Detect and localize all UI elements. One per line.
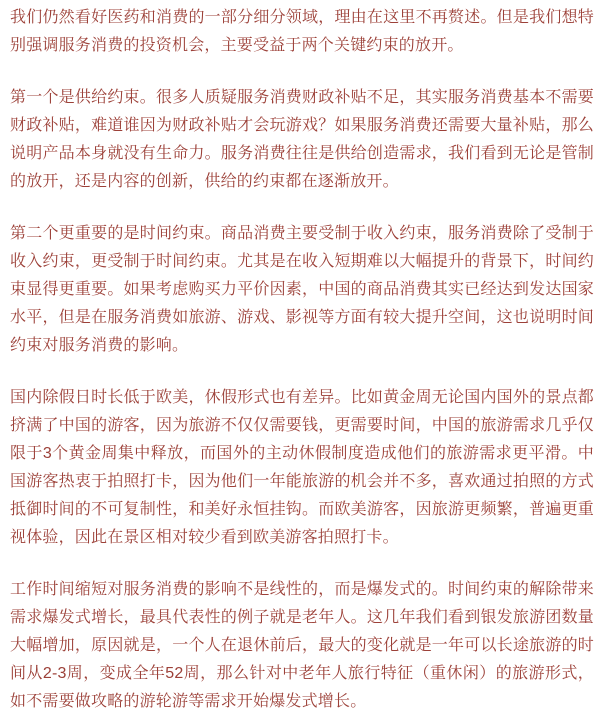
article-body: 我们仍然看好医药和消费的一部分细分领域，理由在这里不再赘述。但是我们想特别强调服… [0,0,604,716]
paragraph-explosive-growth: 工作时间缩短对服务消费的影响不是线性的，而是爆发式的。时间约束的解除带来需求爆发… [10,576,594,716]
paragraph-supply-constraint: 第一个是供给约束。很多人质疑服务消费财政补贴不足，其实服务消费基本不需要财政补贴… [10,84,594,196]
paragraph-intro: 我们仍然看好医药和消费的一部分细分领域，理由在这里不再赘述。但是我们想特别强调服… [10,4,594,60]
paragraph-time-constraint: 第二个更重要的是时间约束。商品消费主要受制于收入约束，服务消费除了受制于收入约束… [10,220,594,360]
paragraph-holiday-comparison: 国内除假日时长低于欧美，休假形式也有差异。比如黄金周无论国内国外的景点都挤满了中… [10,384,594,552]
